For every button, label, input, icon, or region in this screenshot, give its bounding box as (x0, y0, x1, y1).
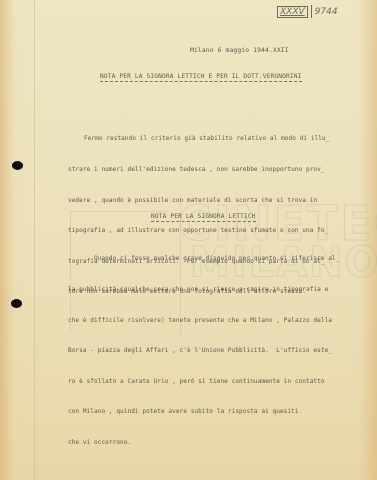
text-line: strare i numeri dell'edizione tedesca , … (68, 165, 329, 175)
text-line: Fermo restando il criterio già stabilito… (84, 134, 329, 144)
scanned-document-page: CINETECA MILANO XXXV 9744 Milano 6 maggi… (0, 0, 377, 480)
text-line: la pubblicità (qualche cosa che non si r… (68, 285, 339, 295)
punch-hole-icon (11, 299, 22, 308)
archive-box-code: XXXV (277, 6, 308, 18)
archive-reference: XXXV 9744 (277, 5, 338, 18)
archive-number: 9744 (315, 7, 338, 17)
section-1-heading: NOTA PER LA SIGNORA LETTICH E PER IL DOT… (100, 73, 302, 82)
text-line: Quando ci fosse qualche grave disguido p… (94, 254, 339, 264)
text-line: vedere , quando è possibile con material… (68, 196, 329, 206)
section-2-heading: NOTA PER LA SIGNORA LETTICH (151, 213, 256, 222)
text-line: Borsa - piazza degli Affari , c'è l'Unio… (68, 346, 339, 356)
paper-edge-line (34, 0, 35, 480)
divider (311, 5, 312, 18)
text-line: che vi occorrono. (68, 438, 339, 448)
punch-hole-icon (12, 161, 23, 170)
text-line: che è difficile risolvere) tenete presen… (68, 316, 339, 326)
text-line: con Milano , quindi potete avere subito … (68, 407, 339, 417)
section-2-body: Quando ci fosse qualche grave disguido p… (84, 234, 339, 469)
date-line: Milano 6 maggio 1944.XXII (190, 46, 289, 54)
text-line: ro è sfollato a Carate Urio , però si ti… (68, 377, 339, 387)
